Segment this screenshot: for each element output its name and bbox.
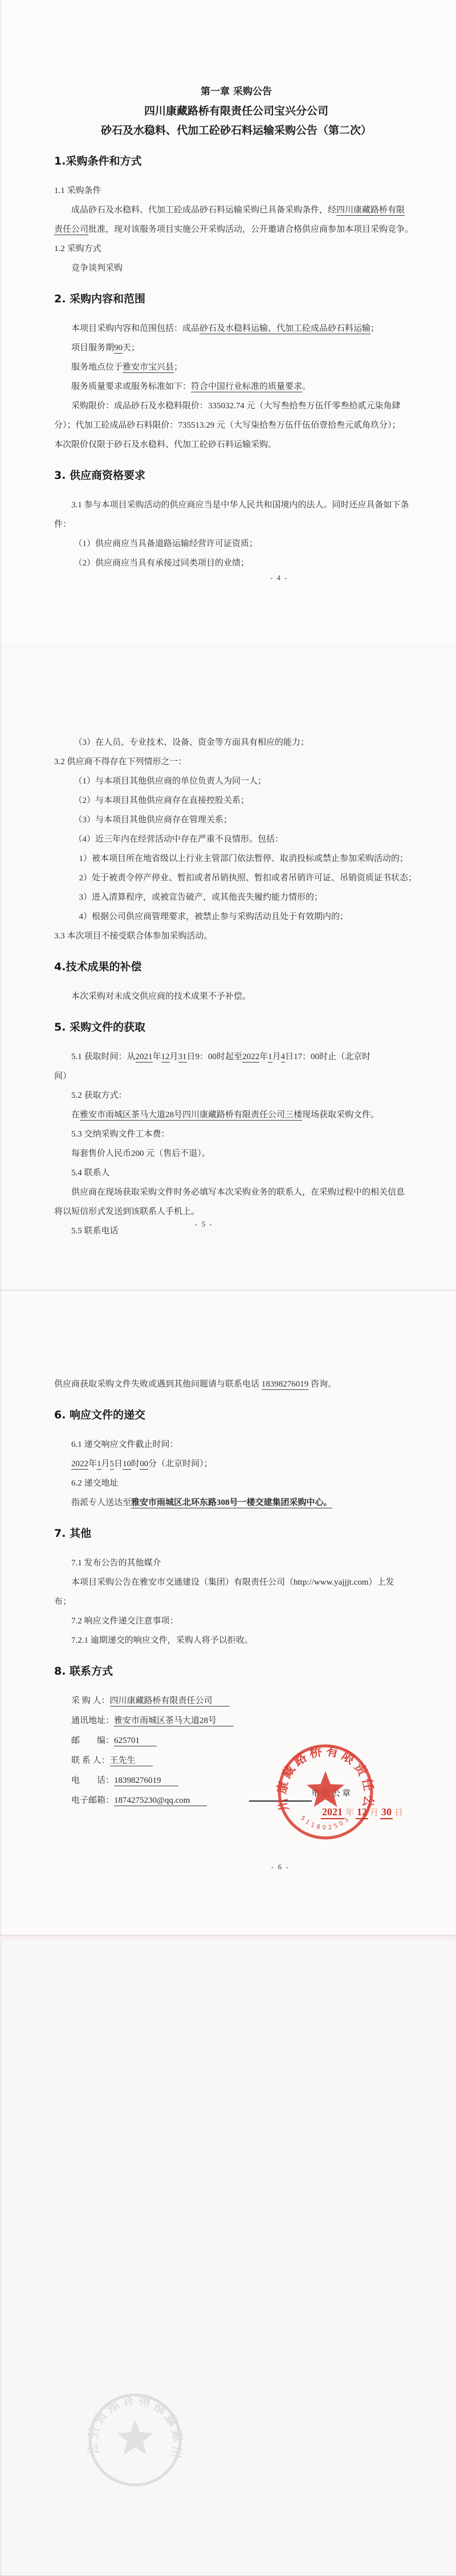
text-line: 件： — [54, 515, 418, 534]
document-page-3: 供应商获取采购文件失败或遇到其他问题请与联系电话 18398276019 咨询。… — [0, 1290, 456, 1935]
text-line: 将以短信形式发送到该联系人手机上。 — [54, 1202, 418, 1221]
text-line: 分）；代加工砼成品砂石料限价：735513.29 元（大写柒拾叁万伍仟伍佰壹拾叁… — [54, 416, 418, 435]
text-line: 本次采购对未成交供应商的技术成果不予补偿。 — [54, 987, 418, 1006]
text-line: （2）与本项目其他供应商存在直接控股关系； — [54, 791, 418, 810]
scanned-procurement-document: 第一章 采购公告四川康藏路桥有限责任公司宝兴分公司砂石及水稳料、代加工砼砂石料运… — [0, 0, 456, 2576]
text-line: 7.2 响应文件递交注意事项： — [54, 1611, 418, 1631]
text-line: （2）供应商应当具有承接过同类项目的业绩； — [54, 553, 418, 573]
text-line: 项目服务期90天； — [54, 338, 418, 358]
text-line: 本次限价仅限于砂石及水稳料、代加工砼砂石料运输采购。 — [54, 435, 418, 454]
page-number: - 4 - — [270, 573, 288, 583]
page-3-content: 供应商获取采购文件失败或遇到其他问题请与联系电话 18398276019 咨询。… — [54, 1290, 418, 1811]
seal-date-month: 12 — [356, 1806, 368, 1819]
text-line: 5.3 交纳采购文件工本费： — [54, 1125, 418, 1144]
text-line: 6.2 递交地址 — [54, 1474, 418, 1493]
text-line: 供应商获取采购文件失败或遇到其他问题请与联系电话 18398276019 咨询。 — [54, 1375, 418, 1394]
text-line: （1）供应商应当具备道路运输经营许可证资质； — [54, 534, 418, 553]
text-line: 指派专人送达至雅安市雨城区北环东路308号一楼交建集团采购中心。 — [54, 1493, 418, 1512]
text-line: 6.1 递交响应文件截止时间： — [54, 1435, 418, 1454]
text-line: 5.5 联系电话 — [54, 1221, 418, 1241]
section-1-heading: 1.采购条件和方式 — [54, 153, 418, 170]
text-line: 7.1 发布公告的其他媒介 — [54, 1553, 418, 1573]
text-line: 竞争谈判采购 — [54, 259, 418, 278]
text-line: （3）与本项目其他供应商存在管理关系； — [54, 810, 418, 830]
document-page-4-blank: 四川康藏路桥有限责任公司 — [0, 1935, 456, 2576]
contact-address: 通讯地址：雅安市雨城区茶马大道28号 — [54, 1711, 418, 1731]
seal-date-year: 2021 — [321, 1806, 344, 1819]
chapter-title: 第一章 采购公告 — [54, 82, 418, 101]
document-page-1: 第一章 采购公告四川康藏路桥有限责任公司宝兴分公司砂石及水稳料、代加工砼砂石料运… — [0, 0, 456, 645]
text-line: 3.3 本次项目不接受联合体参加采购活动。 — [54, 926, 418, 946]
document-page-2: （3）在人员、专业技术、设备、资金等方面具有相应的能力；3.2 供应商不得存在下… — [0, 645, 456, 1290]
text-line: 供应商在现场获取采购文件时务必填写本次采购业务的联系人，在采购过程中的相关信息 — [54, 1183, 418, 1202]
page-2-content: （3）在人员、专业技术、设备、资金等方面具有相应的能力；3.2 供应商不得存在下… — [54, 645, 418, 1241]
text-line: （4）近三年内在经营活动中存在严重不良情形。包括： — [54, 830, 418, 849]
text-line: 1）被本项目所在地省级以上行业主管部门依法暂停、取消投标或禁止参加采购活动的； — [54, 849, 418, 868]
company-title: 四川康藏路桥有限责任公司宝兴分公司 — [54, 101, 418, 121]
text-line: 布； — [54, 1592, 418, 1611]
section-4-heading: 4.技术成果的补偿 — [54, 958, 418, 975]
text-line: 3.1 参与本项目采购活动的供应商应当是中华人民共和国境内的法人。同时还应具备如… — [54, 495, 418, 515]
contact-purchaser: 采 购 人：四川康藏路桥有限责任公司 — [54, 1691, 418, 1711]
text-line: 服务地点位于雅安市宝兴县； — [54, 358, 418, 377]
text-line: 3）进入清算程序，或被宣告破产，或其他丧失履约能力情形的； — [54, 888, 418, 907]
seal-date-day: 30 — [380, 1806, 393, 1819]
text-line: 责任公司批准，现对该服务项目实施公开采购活动，公开邀请合格供应商参加本项目采购竞… — [54, 220, 418, 239]
section-3-heading: 3. 供应商资格要求 — [54, 467, 418, 484]
text-line: 2022年1月5日10时00分（北京时间）； — [54, 1454, 418, 1474]
page-number: - 6 - — [271, 1863, 290, 1872]
star-icon — [307, 1771, 344, 1807]
text-line: 在雅安市雨城区茶马大道28号四川康藏路桥有限责任公司三楼现场获取采购文件。 — [54, 1105, 418, 1125]
text-line: 成品砂石及水稳料、代加工砼成品砂石料运输采购已具备采购条件，经四川康藏路桥有限 — [54, 200, 418, 220]
text-line: 2）处于被责令停产停业、暂扣或者吊销执照、暂扣或者吊销许可证、吊销资质证书状态； — [54, 868, 418, 888]
seal-bleedthrough-icon: 四川康藏路桥有限责任公司 — [87, 2392, 184, 2488]
text-line: 7.2.1 逾期递交的响应文件，采购人将予以拒收。 — [54, 1631, 418, 1650]
section-7-heading: 7. 其他 — [54, 1525, 418, 1542]
text-line: 5.4 联系人 — [54, 1163, 418, 1183]
company-seal-stamp-icon: 四川康藏路桥有限责任公司 511802503 — [276, 1742, 375, 1841]
section-6-heading: 6. 响应文件的递交 — [54, 1406, 418, 1424]
text-line: （3）在人员、专业技术、设备、资金等方面具有相应的能力； — [54, 733, 418, 752]
page-number: - 5 - — [195, 1220, 213, 1229]
text-line: 1.2 采购方式 — [54, 239, 418, 259]
text-line: （1）与本项目其他供应商的单位负责人为同一人； — [54, 772, 418, 791]
text-line: 5.2 获取方式： — [54, 1086, 418, 1105]
text-line: 间） — [54, 1067, 418, 1086]
page-1-content: 第一章 采购公告四川康藏路桥有限责任公司宝兴分公司砂石及水稳料、代加工砼砂石料运… — [54, 0, 418, 573]
announcement-title: 砂石及水稳料、代加工砼砂石料运输采购公告（第二次） — [54, 121, 418, 140]
text-line: 每套售价人民币200 元（售后不退）。 — [54, 1144, 418, 1163]
text-line: 本项目采购内容和范围包括：成品砂石及水稳料运输、代加工砼成品砂石料运输； — [54, 319, 418, 338]
section-5-heading: 5. 采购文件的获取 — [54, 1019, 418, 1036]
seal-date: 2021年12月30日 — [321, 1806, 405, 1818]
text-line: 1.1 采购条件 — [54, 181, 418, 200]
text-line: 采购限价：成品砂石及水稳料限价：335032.74 元（大写叁拾叁万伍仟零叁拾贰… — [54, 396, 418, 416]
section-2-heading: 2. 采购内容和范围 — [54, 290, 418, 307]
text-line: 5.1 获取时间：从2021年12月31日9：00时起至2022年1月4日17：… — [54, 1047, 418, 1067]
text-line: 服务质量要求或服务标准如下：符合中国行业标准的质量要求。 — [54, 377, 418, 396]
section-8-heading: 8. 联系方式 — [54, 1663, 418, 1680]
text-line: 3.2 供应商不得存在下列情形之一： — [54, 752, 418, 772]
text-line: 本项目采购公告在雅安市交通建设（集团）有限责任公司（http://www.yaj… — [54, 1573, 418, 1592]
text-line: 4）根据公司供应商管理要求，被禁止参与采购活动且处于有效期内的； — [54, 907, 418, 926]
